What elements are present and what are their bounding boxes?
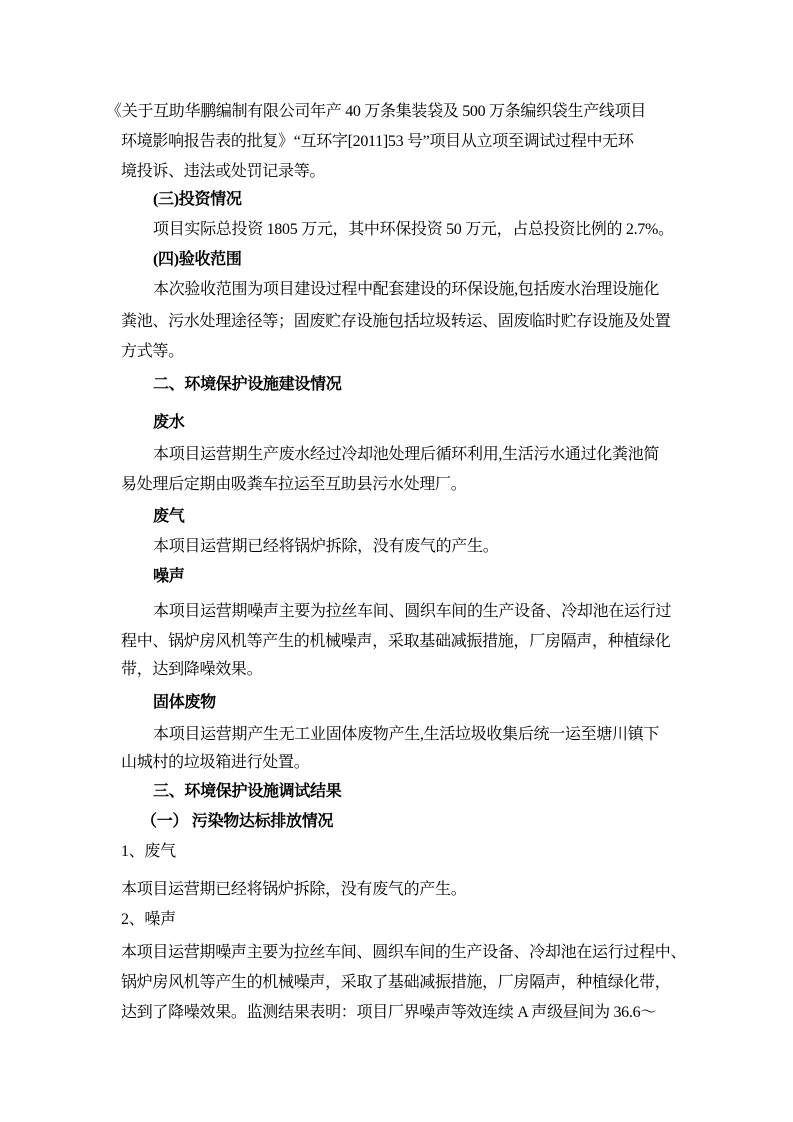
subheading-1-waste-gas: 1、废气 xyxy=(121,841,176,863)
noise-result-line-2: 锅炉房风机等产生的机械噪声，采取了基础减振措施，厂房隔声，种植绿化带， xyxy=(121,972,671,994)
approval-paragraph-line-1: 《关于互助华鹏编制有限公司年产 40 万条集装袋及 500 万条编织袋生产线项目 xyxy=(106,101,646,123)
noise-line-2: 程中、锅炉房风机等产生的机械噪声，采取基础减振措施，厂房隔声，种植绿化 xyxy=(121,631,671,653)
acceptance-scope-line-2: 粪池、污水处理途径等；固废贮存设施包括垃圾转运、固废临时贮存设施及处置 xyxy=(121,311,671,333)
heading-section3-debug-results: 三、环境保护设施调试结果 xyxy=(153,781,341,803)
wastewater-line-2: 易处理后定期由吸粪车拉运至互助县污水处理厂。 xyxy=(121,474,466,496)
subheading-2-noise: 2、噪声 xyxy=(121,909,176,931)
acceptance-scope-line-3: 方式等。 xyxy=(121,341,184,363)
noise-result-line-3: 达到了降噪效果。监测结果表明：项目厂界噪声等效连续 A 声级昼间为 36.6～ xyxy=(121,1002,656,1024)
heading-solid-waste: 固体废物 xyxy=(153,692,216,714)
heading-investment-situation: (三)投资情况 xyxy=(153,189,242,211)
heading-section2-construction: 二、环境保护设施建设情况 xyxy=(153,374,341,396)
approval-paragraph-line-2: 环境影响报告表的批复》“互环字[2011]53 号”项目从立项至调试过程中无环 xyxy=(121,131,634,153)
heading-noise: 噪声 xyxy=(153,566,184,588)
acceptance-scope-line-1: 本次验收范围为项目建设过程中配套建设的环保设施,包括废水治理设施化 xyxy=(153,279,659,301)
noise-line-1: 本项目运营期噪声主要为拉丝车间、圆织车间的生产设备、冷却池在运行过 xyxy=(153,601,671,623)
heading-waste-gas: 废气 xyxy=(153,506,184,528)
investment-detail-line: 项目实际总投资 1805 万元，其中环保投资 50 万元，占总投资比例的 2.7… xyxy=(153,219,674,241)
wastewater-line-1: 本项目运营期生产废水经过冷却池处理后循环利用,生活污水通过化粪池简 xyxy=(153,444,659,466)
noise-line-3: 带，达到降噪效果。 xyxy=(121,659,262,681)
solid-waste-line-1: 本项目运营期产生无工业固体废物产生,生活垃圾收集后统一运至塘川镇下 xyxy=(153,724,659,746)
approval-paragraph-line-3: 境投诉、违法或处罚记录等。 xyxy=(121,161,325,183)
heading-wastewater: 废水 xyxy=(153,412,184,434)
heading-acceptance-scope: (四)验收范围 xyxy=(153,249,242,271)
waste-gas-result-line: 本项目运营期已经将锅炉拆除，没有废气的产生。 xyxy=(121,879,466,901)
heading-pollutant-compliance: （一） 污染物达标排放情况 xyxy=(141,811,333,833)
waste-gas-line: 本项目运营期已经将锅炉拆除，没有废气的产生。 xyxy=(153,536,498,558)
document-page: 《关于互助华鹏编制有限公司年产 40 万条集装袋及 500 万条编织袋生产线项目… xyxy=(0,0,793,1122)
solid-waste-line-2: 山城村的垃圾箱进行处置。 xyxy=(121,752,309,774)
noise-result-line-1: 本项目运营期噪声主要为拉丝车间、圆织车间的生产设备、冷却池在运行过程中、 xyxy=(121,942,686,964)
